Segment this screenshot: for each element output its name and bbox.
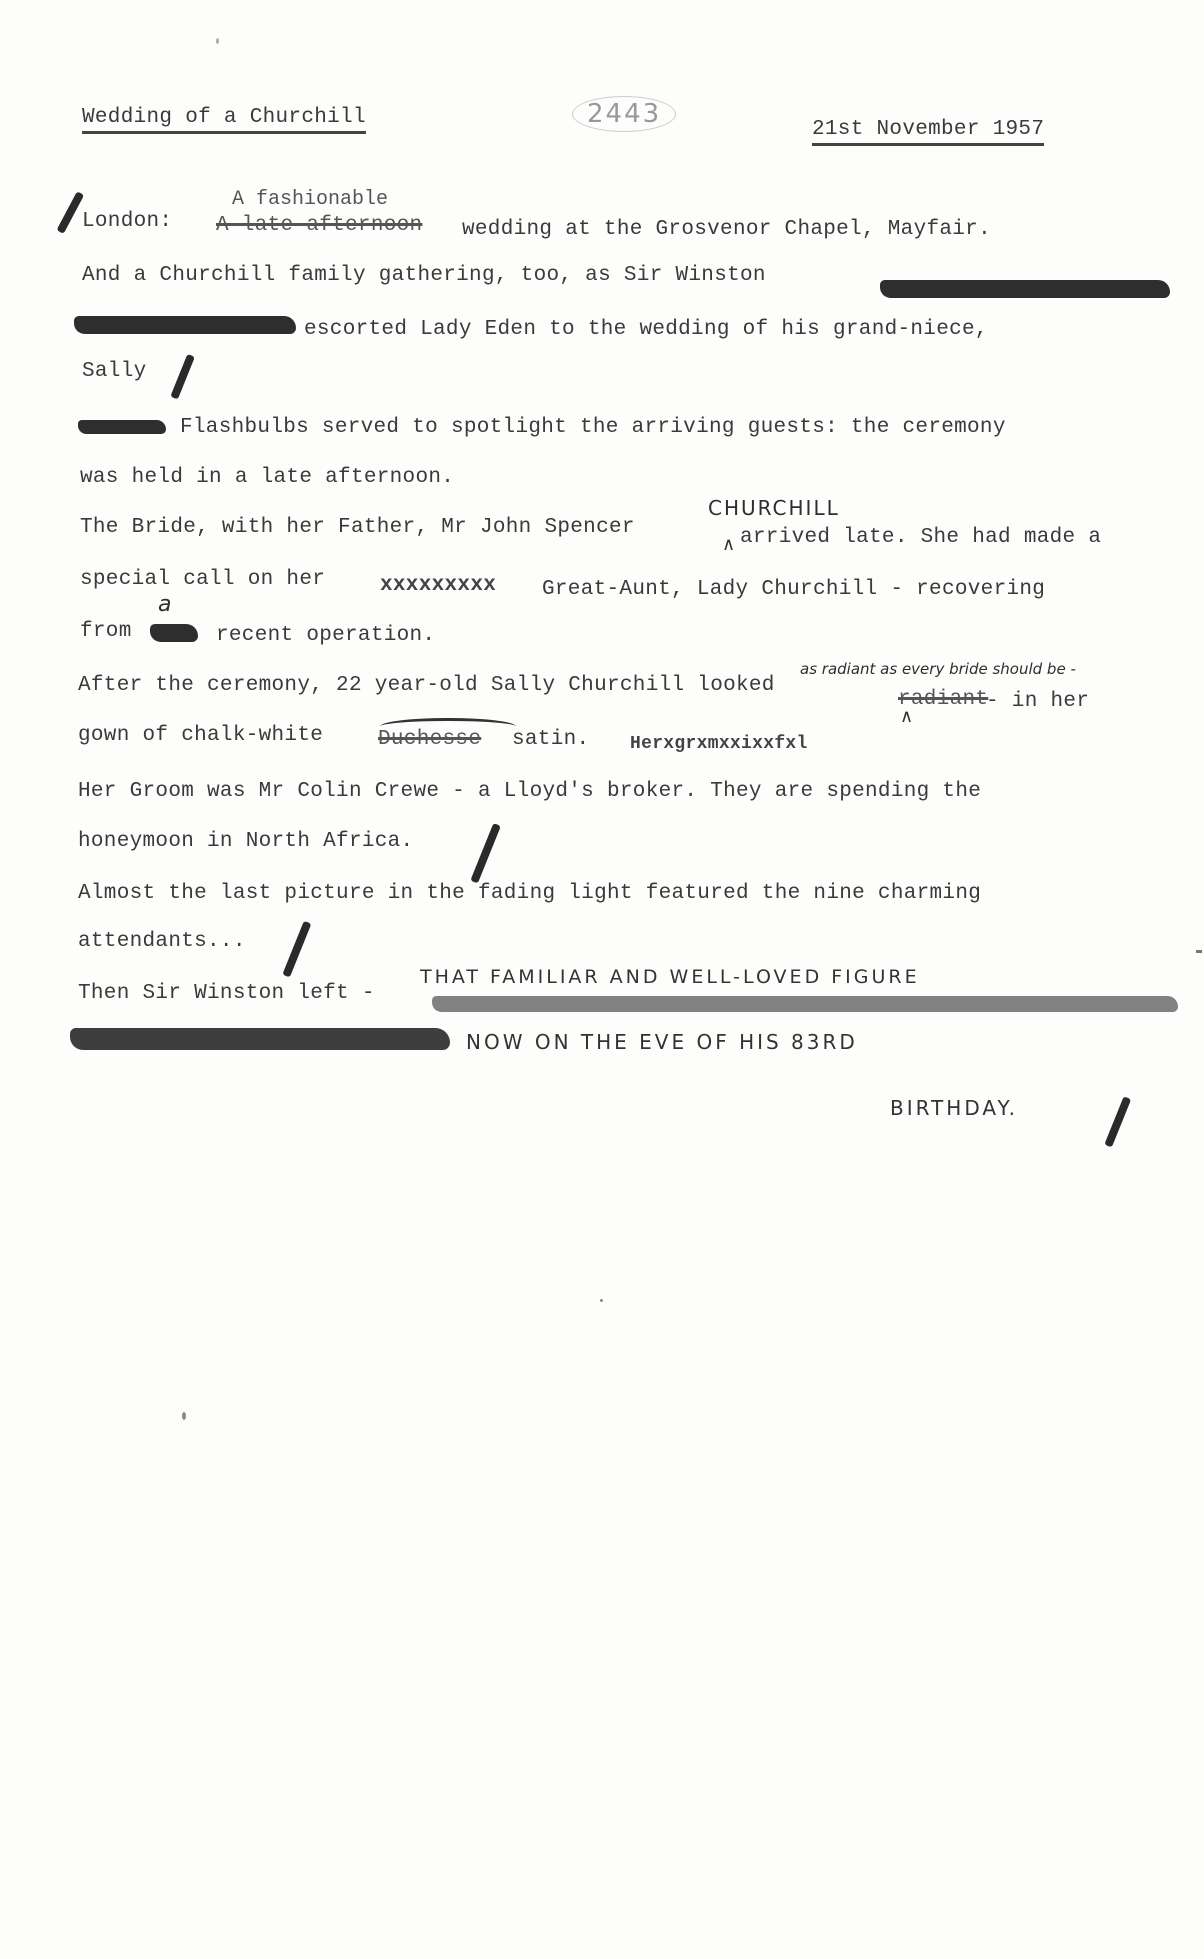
deleted-late-afternoon: A late-afternoon (216, 214, 422, 237)
redaction (880, 280, 1170, 298)
typed-line: Sally (82, 360, 147, 383)
redaction (150, 624, 198, 642)
typed-line: Flashbulbs served to spotlight the arriv… (180, 416, 1006, 439)
typed-line: Almost the last picture in the fading li… (78, 882, 981, 905)
document-date: 21st November 1957 (812, 118, 1044, 146)
insertion-caret-icon: ∧ (900, 706, 913, 727)
typed-line: Great-Aunt, Lady Churchill - recovering (542, 578, 1045, 601)
check-mark-icon (470, 823, 501, 883)
inserted-a: a (158, 592, 171, 617)
typed-line: Then Sir Winston left - (78, 982, 375, 1005)
speck (182, 1412, 186, 1420)
typed-line: - in her (986, 690, 1089, 713)
typed-line: After the ceremony, 22 year-old Sally Ch… (78, 674, 775, 697)
typed-line: The Bride, with her Father, Mr John Spen… (80, 516, 635, 539)
reference-number: 2443 (572, 96, 676, 132)
typed-line: Her Groom was Mr Colin Crewe - a Lloyd's… (78, 780, 981, 803)
typed-line: London: (82, 210, 172, 233)
document-page: Wedding of a Churchill 2443 21st Novembe… (0, 0, 1204, 1959)
check-mark-icon (1104, 1096, 1131, 1147)
inserted-fashionable: A fashionable (232, 188, 388, 211)
check-mark-icon (56, 191, 84, 234)
inserted-figure: THAT FAMILIAR AND WELL-LOVED FIGURE (420, 966, 920, 988)
typed-line: recent operation. (216, 624, 435, 647)
typed-line: special call on her (80, 568, 325, 591)
inserted-eve: NOW ON THE EVE OF HIS 83RD (466, 1030, 858, 1054)
typed-line: escorted Lady Eden to the wedding of his… (304, 318, 988, 341)
typed-line: wedding at the Grosvenor Chapel, Mayfair… (462, 218, 991, 241)
typed-line: from (80, 620, 132, 643)
document-title: Wedding of a Churchill (82, 106, 366, 134)
typed-line: gown of chalk-white (78, 724, 323, 747)
typed-line: attendants... (78, 930, 246, 953)
inserted-birthday: BIRTHDAY. (890, 1096, 1018, 1120)
redaction (78, 420, 166, 434)
deleted-phrase: Herxgrxmxxixxfxl (630, 734, 808, 754)
inserted-radiant-phrase: as radiant as every bride should be - (800, 660, 1076, 678)
check-mark-icon (282, 921, 311, 978)
redaction (432, 996, 1178, 1012)
typed-line: satin. (512, 728, 589, 751)
speck (216, 38, 219, 44)
typed-line: was held in a late afternoon. (80, 466, 454, 489)
speck (1196, 950, 1202, 953)
deleted-word: xxxxxxxxx (380, 574, 496, 597)
typed-line: And a Churchill family gathering, too, a… (82, 264, 766, 287)
redaction (70, 1028, 450, 1050)
deleted-duchesse: Duchesse (378, 728, 481, 751)
inserted-churchill: CHURCHILL (708, 496, 840, 520)
check-mark-icon (170, 354, 195, 400)
speck (600, 1299, 603, 1302)
insertion-caret-icon: ∧ (722, 534, 735, 555)
redaction (74, 316, 296, 334)
typed-line: arrived late. She had made a (740, 526, 1101, 549)
typed-line: honeymoon in North Africa. (78, 830, 413, 853)
